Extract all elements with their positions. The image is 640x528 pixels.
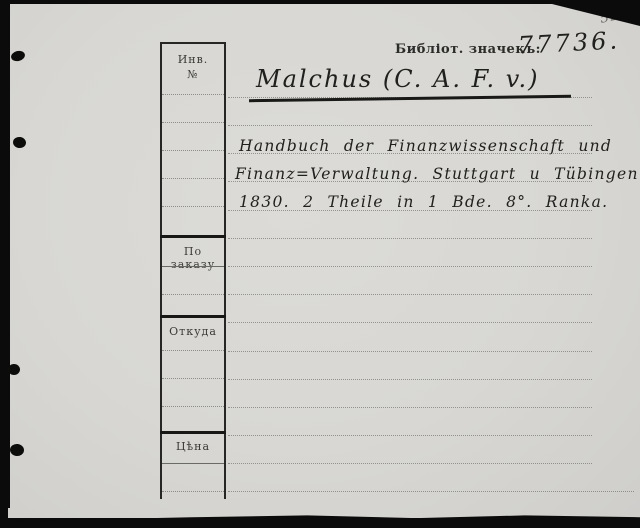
ruling-line [228,266,592,267]
ruling-line [162,266,224,267]
ruling-line [228,294,592,295]
ruling-line [228,351,592,352]
column-label-po-zakazu: По заказу [162,245,224,271]
ruling-line [162,378,224,379]
ruling-line [162,150,224,151]
column-label-tsena: Цѣна [162,440,224,453]
hole-ink-dot [8,364,20,375]
ruling-line [228,407,592,408]
author-underline [249,95,571,102]
section-divider [160,315,226,318]
column-label-inv: Инв. [162,53,224,66]
scan-edge-left [0,0,10,508]
ruling-line [228,435,592,436]
card-paper: Инв. № По заказу Откуда Цѣна Библіот. зн… [8,3,640,518]
ruling-line [162,463,224,464]
catalog-entry-line: Finanz=Verwaltung. Stuttgart u Tübingen [235,165,639,183]
ruling-line [228,238,592,239]
ruling-line [228,379,592,380]
ruling-line [162,350,224,351]
ruling-line [228,125,592,126]
column-label-inv-no: № [162,68,224,81]
ruling-line [228,463,592,464]
ruling-line [162,206,224,207]
ruling-line [162,294,224,295]
ruling-line [228,491,634,492]
section-divider [160,431,226,434]
ruling-line [162,122,224,123]
ruling-line [228,322,592,323]
ruling-line [162,491,224,492]
column-label-otkuda: Откуда [162,325,224,338]
ruling-line [162,406,224,407]
ruling-line [162,94,224,95]
scan-background: Инв. № По заказу Откуда Цѣна Библіот. зн… [0,0,640,528]
section-divider [160,235,226,238]
stamp-number: 77736. [517,26,620,59]
catalog-entry-line: Handbuch der Finanzwissenschaft und [239,137,612,155]
author-heading: Malchus (C. A. F. v.) [256,65,539,93]
inventory-column: Инв. № По заказу Откуда Цѣна [160,42,226,499]
catalog-entry-line: 1830. 2 Theile in 1 Bde. 8°. Ranka. [239,193,608,211]
ruling-line [162,178,224,179]
